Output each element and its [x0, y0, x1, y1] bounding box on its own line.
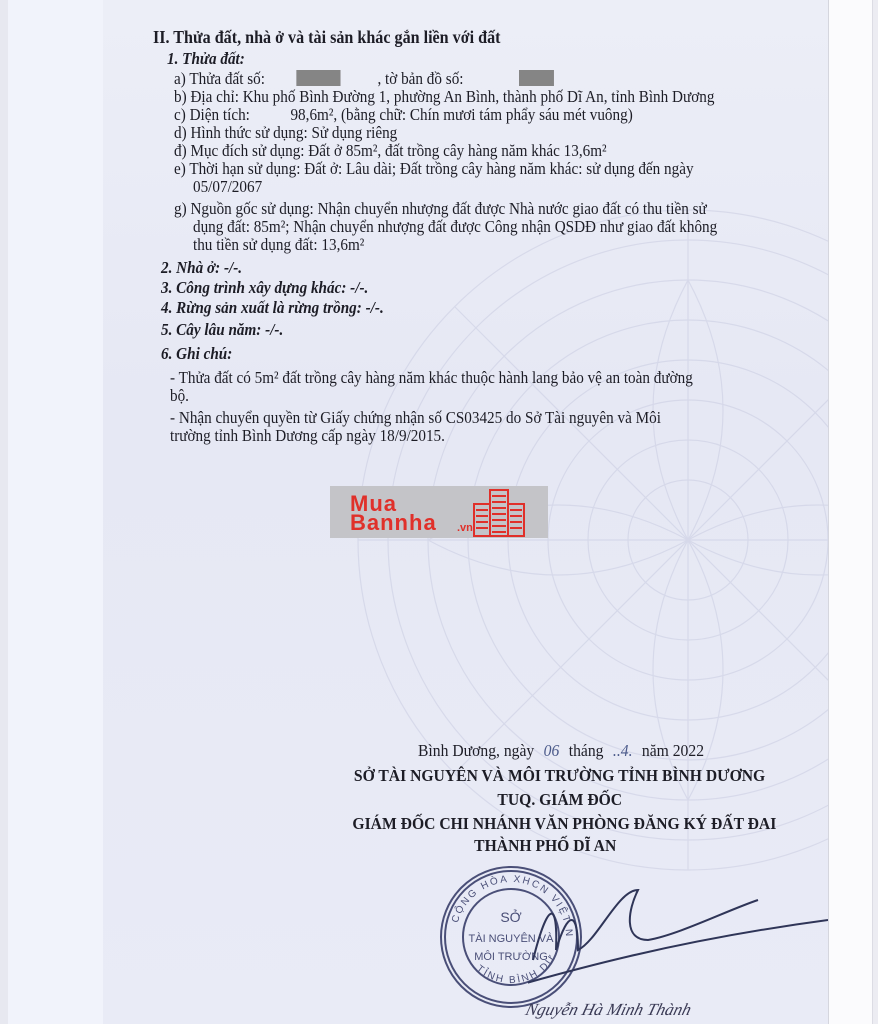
other-construction-item: 3. Công trình xây dựng khác: -/-. — [161, 279, 368, 297]
document-page: II. Thửa đất, nhà ở và tài sản khác gắn … — [8, 0, 828, 1024]
signer-title-line-1: GIÁM ĐỐC CHI NHÁNH VĂN PHÒNG ĐĂNG KÝ ĐẤT… — [352, 814, 776, 834]
land-heading: 1. Thửa đất: — [167, 50, 245, 68]
parcel-number-row: a) Thửa đất số: , tờ bản đồ số: — [174, 70, 554, 88]
muabannha-logo: Mua Bannha .vn — [330, 486, 548, 538]
issue-year: năm 2022 — [642, 741, 704, 760]
usage-purpose-row: đ) Mục đích sử dụng: Đất ở 85m², đất trồ… — [174, 142, 607, 160]
issue-month: 4 — [621, 741, 629, 760]
logo-text-bannha: Bannha — [350, 513, 437, 533]
note-1-line-2: bộ. — [170, 387, 189, 405]
notes-heading: 6. Ghi chú: — [161, 345, 232, 363]
map-sheet-label: , tờ bản đồ số: — [377, 69, 463, 88]
origin-row-3: thu tiền sử dụng đất: 13,6m² — [193, 236, 364, 254]
area-label: c) Diện tích: — [174, 105, 250, 124]
origin-row-1: g) Nguồn gốc sử dụng: Nhận chuyển nhượng… — [174, 200, 707, 218]
forest-item: 4. Rừng sản xuất là rừng trồng: -/-. — [161, 299, 384, 317]
on-behalf-title: TUQ. GIÁM ĐỐC — [497, 790, 622, 810]
origin-row-2: dụng đất: 85m²; Nhận chuyển nhượng đất đ… — [193, 218, 717, 236]
usage-form-row: d) Hình thức sử dụng: Sử dụng riêng — [174, 124, 397, 142]
map-sheet-redacted — [519, 70, 554, 86]
svg-text:SỞ: SỞ — [500, 908, 521, 925]
usage-term-date: 05/07/2067 — [193, 178, 262, 196]
note-2-line-1: - Nhận chuyển quyền từ Giấy chứng nhận s… — [170, 409, 661, 427]
house-item: 2. Nhà ở: -/-. — [161, 259, 242, 277]
parcel-number-label: a) Thửa đất số: — [174, 69, 265, 88]
section-title: II. Thửa đất, nhà ở và tài sản khác gắn … — [153, 28, 501, 46]
area-value: 98,6m², (bằng chữ: Chín mươi tám phẩy sá… — [290, 105, 632, 124]
scan-right-border — [828, 0, 878, 1024]
signer-name: Nguyễn Hà Minh Thành — [523, 1000, 693, 1020]
issue-date: Bình Dương, ngày 06 tháng ..4. năm 2022 — [418, 742, 704, 760]
issue-day: 06 — [544, 741, 560, 760]
perennial-item: 5. Cây lâu năm: -/-. — [161, 321, 283, 339]
scan-right-edge — [872, 0, 878, 1024]
building-icon — [470, 488, 530, 538]
note-1-line-1: - Thửa đất có 5m² đất trồng cây hàng năm… — [170, 369, 693, 387]
issue-date-prefix: Bình Dương, ngày — [418, 741, 534, 760]
signature-icon — [528, 880, 828, 1000]
note-2-line-2: trường tỉnh Bình Dương cấp ngày 18/9/201… — [170, 427, 445, 445]
issue-month-label: tháng — [569, 741, 604, 760]
area-row: c) Diện tích: 98,6m², (bằng chữ: Chín mư… — [174, 106, 633, 124]
address-row: b) Địa chỉ: Khu phố Bình Đường 1, phường… — [174, 88, 714, 106]
usage-term-row: e) Thời hạn sử dụng: Đất ở: Lâu dài; Đất… — [174, 160, 694, 178]
agency-name: SỞ TÀI NGUYÊN VÀ MÔI TRƯỜNG TỈNH BÌNH DƯ… — [354, 766, 765, 786]
parcel-number-redacted — [296, 70, 340, 86]
signer-title-line-2: THÀNH PHỐ DĨ AN — [474, 836, 616, 856]
